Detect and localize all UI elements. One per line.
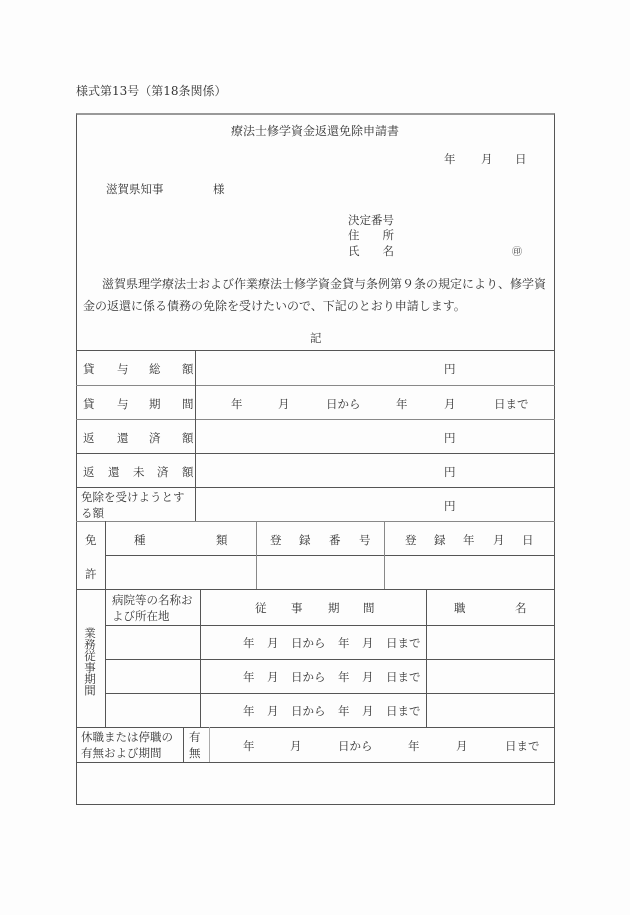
divider <box>76 453 555 454</box>
position-header: 名 <box>515 600 527 616</box>
period-header: 間 <box>363 600 375 616</box>
label-char: 期 <box>149 396 161 412</box>
emp-part: 月 <box>362 669 374 685</box>
reg-number-header: 登 <box>270 532 282 548</box>
period-header: 期 <box>328 600 340 616</box>
body-text-line1: 滋賀県理学療法士および作業療法士修学資金貸与条例第９条の規定により、修学資 <box>102 275 546 292</box>
divider <box>200 589 201 727</box>
divider <box>76 385 555 386</box>
license-side-top: 免 <box>85 532 97 548</box>
label-char: 間 <box>182 396 194 412</box>
emp-part: 年 <box>243 635 255 651</box>
emp-part: 月 <box>267 635 279 651</box>
divider <box>76 762 555 763</box>
form-title: 療法士修学資金返還免除申請書 <box>0 122 630 139</box>
reg-date-header: 年 <box>463 532 475 548</box>
label-char: 還 <box>117 430 129 446</box>
leave-part: 日から <box>338 738 373 754</box>
addressee-honorific: 様 <box>213 181 225 197</box>
leave-part: 月 <box>290 738 302 754</box>
exemption-label-line2: る額 <box>81 505 104 521</box>
period-part: 年 <box>396 396 408 412</box>
divider <box>76 727 555 728</box>
period-part: 年 <box>231 396 243 412</box>
license-type-header: 類 <box>216 532 228 548</box>
label-char: 与 <box>117 396 129 412</box>
leave-part: 日まで <box>505 738 540 754</box>
leave-yes: 有 <box>189 729 201 745</box>
label-char: 済 <box>149 430 161 446</box>
leave-part: 月 <box>456 738 468 754</box>
divider <box>105 555 555 556</box>
reg-number-header: 番 <box>329 532 341 548</box>
divider <box>195 350 196 521</box>
label-char: 返 <box>83 464 95 480</box>
unit-yen: 円 <box>444 361 456 377</box>
period-part: 月 <box>444 396 456 412</box>
divider <box>256 521 257 589</box>
divider <box>105 693 555 694</box>
emp-part: 年 <box>338 635 350 651</box>
employment-side-label: 業務従事期間 <box>84 627 96 696</box>
addressee-name: 滋賀県知事 <box>106 181 164 197</box>
divider <box>76 521 555 522</box>
emp-part: 日から <box>291 635 326 651</box>
emp-part: 年 <box>243 703 255 719</box>
emp-part: 日まで <box>386 669 421 685</box>
name-label: 氏 名 <box>348 243 394 259</box>
form-box <box>76 113 555 805</box>
leave-label-line2: 有無および期間 <box>81 745 162 761</box>
emp-part: 月 <box>362 635 374 651</box>
divider <box>76 589 555 590</box>
license-type-header: 種 <box>134 532 146 548</box>
body-text-line2: 金の返還に係る債務の免除を受けたいので、下記のとおり申請します。 <box>83 297 466 314</box>
form-code: 様式第13号（第18条関係） <box>76 82 227 99</box>
divider <box>105 625 555 626</box>
hospital-header-line1: 病院等の名称お <box>112 592 193 608</box>
date-month: 月 <box>481 151 493 167</box>
unit-yen: 円 <box>444 498 456 514</box>
reg-date-header: 登 <box>405 532 417 548</box>
leave-part: 年 <box>243 738 255 754</box>
reg-number-header: 号 <box>359 532 371 548</box>
label-char: 返 <box>83 430 95 446</box>
emp-part: 月 <box>267 669 279 685</box>
leave-part: 年 <box>408 738 420 754</box>
divider <box>76 487 555 488</box>
divider <box>76 350 555 351</box>
reg-date-header: 日 <box>522 532 534 548</box>
reg-date-header: 月 <box>493 532 505 548</box>
emp-part: 日から <box>291 669 326 685</box>
divider <box>105 521 106 727</box>
label-char: 未 <box>133 464 145 480</box>
address-label: 住 所 <box>348 227 394 243</box>
label-char: 与 <box>117 361 129 377</box>
label-char: 額 <box>182 464 194 480</box>
seal-icon: ㊞ <box>512 243 522 258</box>
emp-part: 日から <box>291 703 326 719</box>
label-char: 貸 <box>83 396 95 412</box>
period-header: 事 <box>291 600 303 616</box>
ki-label: 記 <box>310 330 322 346</box>
label-char: 還 <box>108 464 120 480</box>
unit-yen: 円 <box>444 430 456 446</box>
license-side-bottom: 許 <box>85 566 97 582</box>
period-part: 月 <box>278 396 290 412</box>
date-day: 日 <box>515 151 527 167</box>
emp-part: 月 <box>267 703 279 719</box>
date-year: 年 <box>444 151 456 167</box>
decision-number-label: 決定番号 <box>348 212 394 228</box>
emp-part: 月 <box>362 703 374 719</box>
reg-date-header: 録 <box>434 532 446 548</box>
divider <box>183 727 184 762</box>
leave-label-line1: 休職または停職の <box>81 729 173 745</box>
emp-part: 年 <box>338 703 350 719</box>
hospital-header-line2: よび所在地 <box>112 608 170 624</box>
emp-part: 年 <box>338 669 350 685</box>
leave-no: 無 <box>189 745 201 761</box>
position-header: 職 <box>454 600 466 616</box>
divider <box>209 727 210 762</box>
divider <box>105 659 555 660</box>
emp-part: 年 <box>243 669 255 685</box>
period-header: 従 <box>255 600 267 616</box>
emp-part: 日まで <box>386 635 421 651</box>
period-part: 日から <box>326 396 361 412</box>
emp-part: 日まで <box>386 703 421 719</box>
exemption-label-line1: 免除を受けようとす <box>81 489 185 505</box>
divider <box>426 589 427 727</box>
label-char: 済 <box>157 464 169 480</box>
label-char: 額 <box>182 430 194 446</box>
label-char: 額 <box>182 361 194 377</box>
label-char: 総 <box>149 361 161 377</box>
reg-number-header: 録 <box>299 532 311 548</box>
divider <box>76 419 555 420</box>
divider <box>384 521 385 589</box>
label-char: 貸 <box>83 361 95 377</box>
period-part: 日まで <box>494 396 529 412</box>
unit-yen: 円 <box>444 464 456 480</box>
